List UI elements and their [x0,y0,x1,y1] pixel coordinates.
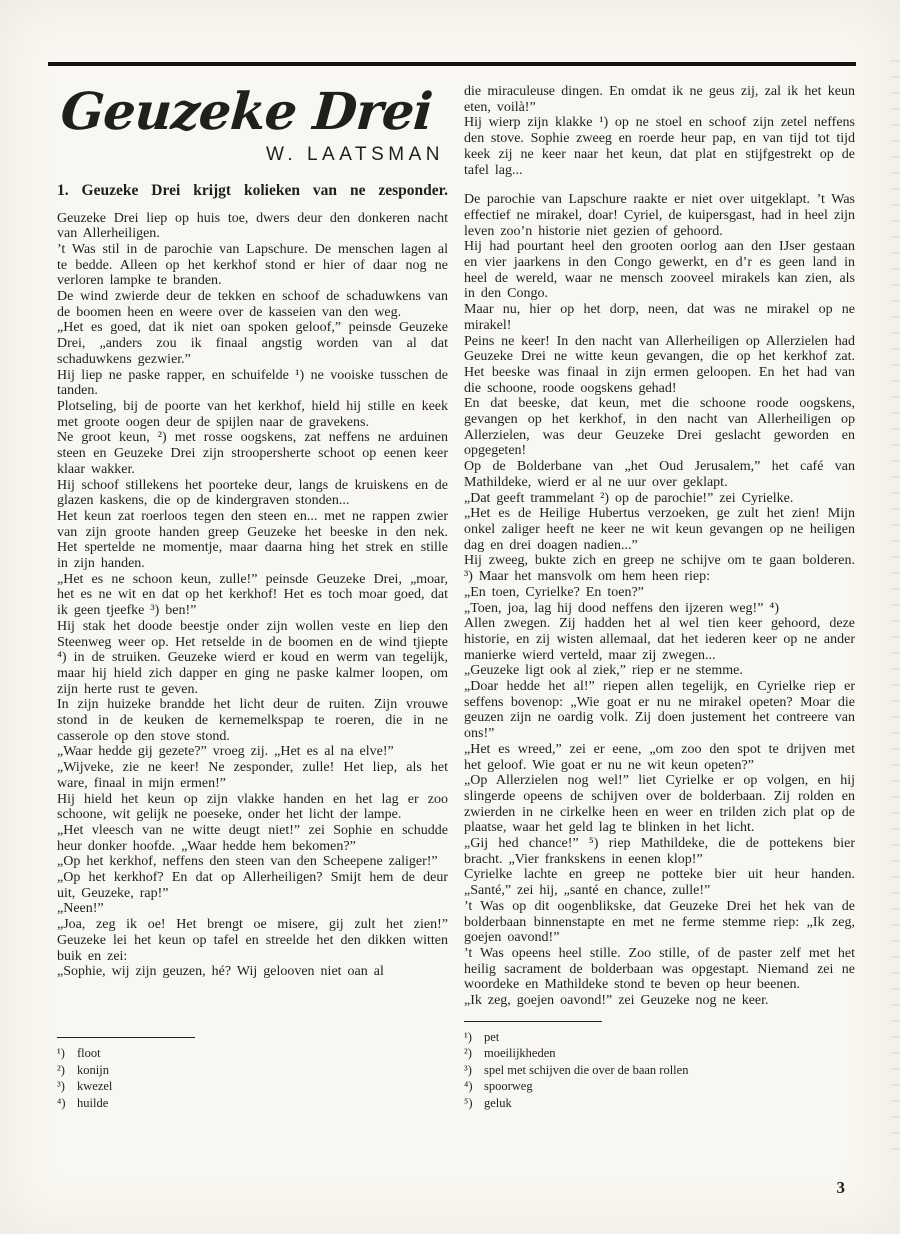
body-paragraph: „En toen, Cyrielke? En toen?” [464,585,855,601]
left-column-text: Geuzeke Drei liep op huis toe, dwers deu… [57,211,448,980]
footnote-divider [57,1037,195,1038]
body-paragraph: „Doar hedde het al!” riepen allen tegeli… [464,679,855,742]
body-paragraph: Plotseling, bij de poorte van het kerkho… [57,399,448,430]
body-paragraph: „Dat geeft trammelant ²) op de parochie!… [464,491,855,507]
body-paragraph: „Waar hedde gij gezete?” vroeg zij. „Het… [57,744,448,760]
footnote-text: konijn [77,1063,109,1077]
scanned-page: Geuzeke Drei W. LAATSMAN 1. Geuzeke Drei… [0,0,900,1234]
body-paragraph: Hij wierp zijn klakke ¹) op ne stoel en … [464,115,855,178]
right-column-text: die miraculeuse dingen. En omdat ik ne g… [464,84,855,1009]
body-paragraph: „Het es de Heilige Hubertus verzoeken, g… [464,506,855,553]
left-column: Geuzeke Drei W. LAATSMAN 1. Geuzeke Drei… [57,84,448,1111]
footnote-marker: ¹) [464,1029,484,1046]
body-paragraph: „Het es goed, dat ik niet oan spoken gel… [57,320,448,367]
body-paragraph: ’t Was opeens heel stille. Zoo stille, o… [464,946,855,993]
body-paragraph: Maar nu, hier op het dorp, neen, dat was… [464,302,855,333]
body-paragraph: ’t Was stil in de parochie van Lapschure… [57,242,448,289]
author-name: W. LAATSMAN [57,144,444,166]
body-paragraph: Op de Bolderbane van „het Oud Jerusalem,… [464,459,855,490]
footnote-marker: ³) [464,1062,484,1079]
footnote-marker: ⁴) [464,1078,484,1095]
footnote-text: geluk [484,1096,512,1110]
footnote-item: ³)spel met schijven die over de baan rol… [464,1062,855,1079]
body-paragraph: Hij liep ne paske rapper, en schuifelde … [57,368,448,399]
right-footnotes: ¹)pet ²)moeilijkheden ³)spel met schijve… [464,1009,855,1112]
footnote-item: ²)konijn [57,1062,448,1079]
footnote-marker: ⁵) [464,1095,484,1112]
footnote-marker: ¹) [57,1045,77,1062]
body-paragraph: De parochie van Lapschure raakte er niet… [464,192,855,239]
body-paragraph: „Het es wreed,” zei er eene, „om zoo den… [464,742,855,773]
body-paragraph: En dat beeske, dat keun, met die schoone… [464,396,855,459]
footnote-item: ⁴)huilde [57,1095,448,1112]
body-paragraph: ’t Was op dit oogenblikske, dat Geuzeke … [464,899,855,946]
body-paragraph: Geuzeke Drei liep op huis toe, dwers deu… [57,211,448,242]
body-paragraph: Het keun zat roerloos tegen den steen en… [57,509,448,572]
footnote-marker: ²) [57,1062,77,1079]
body-paragraph: „Wijveke, zie ne keer! Ne zesponder, zul… [57,760,448,791]
footnote-text: spoorweg [484,1079,533,1093]
body-paragraph [464,178,855,192]
body-paragraph: „Het es ne schoon keun, zulle!” peinsde … [57,572,448,619]
body-paragraph: „Gij hed chance!” ⁵) riep Mathildeke, di… [464,836,855,867]
body-paragraph: Hij schoof stillekens het poorteke deur,… [57,478,448,509]
footnote-marker: ³) [57,1078,77,1095]
body-paragraph: Hij zweeg, bukte zich en greep ne schijv… [464,553,855,584]
footnote-item: ²)moeilijkheden [464,1045,855,1062]
body-paragraph: „Ik zeg, goejen oavond!” zei Geuzeke nog… [464,993,855,1009]
footnote-item: ⁴)spoorweg [464,1078,855,1095]
two-column-layout: Geuzeke Drei W. LAATSMAN 1. Geuzeke Drei… [57,84,855,1111]
body-paragraph: „Op het kerkhof? En dat op Allerheiligen… [57,870,448,901]
body-paragraph: Ne groot keun, ²) met rosse oogskens, za… [57,430,448,477]
body-paragraph: Cyrielke lachte en greep ne potteke bier… [464,867,855,898]
footnote-marker: ⁴) [57,1095,77,1112]
body-paragraph: „Het vleesch van ne witte deugt niet!” z… [57,823,448,854]
body-paragraph: In zijn huizeke brandde het licht deur d… [57,697,448,744]
footnote-item: ³)kwezel [57,1078,448,1095]
left-footnotes: ¹)floot ²)konijn ³)kwezel ⁴)huilde [57,1025,448,1111]
footnote-text: huilde [77,1096,108,1110]
body-paragraph: „Geuzeke ligt ook al ziek,” riep er ne s… [464,663,855,679]
body-paragraph: „Op het kerkhof, neffens den steen van d… [57,854,448,870]
footnote-item: ¹)floot [57,1045,448,1062]
footnote-text: floot [77,1046,101,1060]
footnote-marker: ²) [464,1045,484,1062]
footnote-divider [464,1021,602,1022]
body-paragraph: Hij had pourtant heel den grooten oorlog… [464,239,855,302]
section-heading: 1. Geuzeke Drei krijgt kolieken van ne z… [57,182,448,200]
top-divider [48,62,856,66]
body-paragraph: „Sophie, wij zijn geuzen, hé? Wij geloov… [57,964,448,980]
footnote-text: kwezel [77,1079,112,1093]
body-paragraph: „Joa, zeg ik oe! Het brengt oe misere, g… [57,917,448,964]
right-column: die miraculeuse dingen. En omdat ik ne g… [464,84,855,1111]
left-footnote-list: ¹)floot ²)konijn ³)kwezel ⁴)huilde [57,1045,448,1111]
body-paragraph: Hij hield het keun op zijn vlakke handen… [57,792,448,823]
body-paragraph: De wind zwierde deur de tekken en schoof… [57,289,448,320]
right-footnote-list: ¹)pet ²)moeilijkheden ³)spel met schijve… [464,1029,855,1112]
body-paragraph: Allen zwegen. Zij hadden het al wel tien… [464,616,855,663]
footnote-item: ⁵)geluk [464,1095,855,1112]
body-paragraph: „Op Allerzielen nog wel!” liet Cyrielke … [464,773,855,836]
body-paragraph: „Neen!” [57,901,448,917]
page-number: 3 [837,1178,846,1198]
page-title: Geuzeke Drei [59,86,452,140]
footnote-item: ¹)pet [464,1029,855,1046]
body-paragraph: Hij stak het doode beestje onder zijn wo… [57,619,448,698]
body-paragraph: Peins ne keer! In den nacht van Allerhei… [464,334,855,397]
scan-edge-artifact [890,60,900,1160]
footnote-text: spel met schijven die over de baan rolle… [484,1063,688,1077]
footnote-text: pet [484,1030,499,1044]
body-paragraph: „Toen, joa, lag hij dood neffens den ijz… [464,601,855,617]
footnote-text: moeilijkheden [484,1046,556,1060]
body-paragraph: die miraculeuse dingen. En omdat ik ne g… [464,84,855,115]
